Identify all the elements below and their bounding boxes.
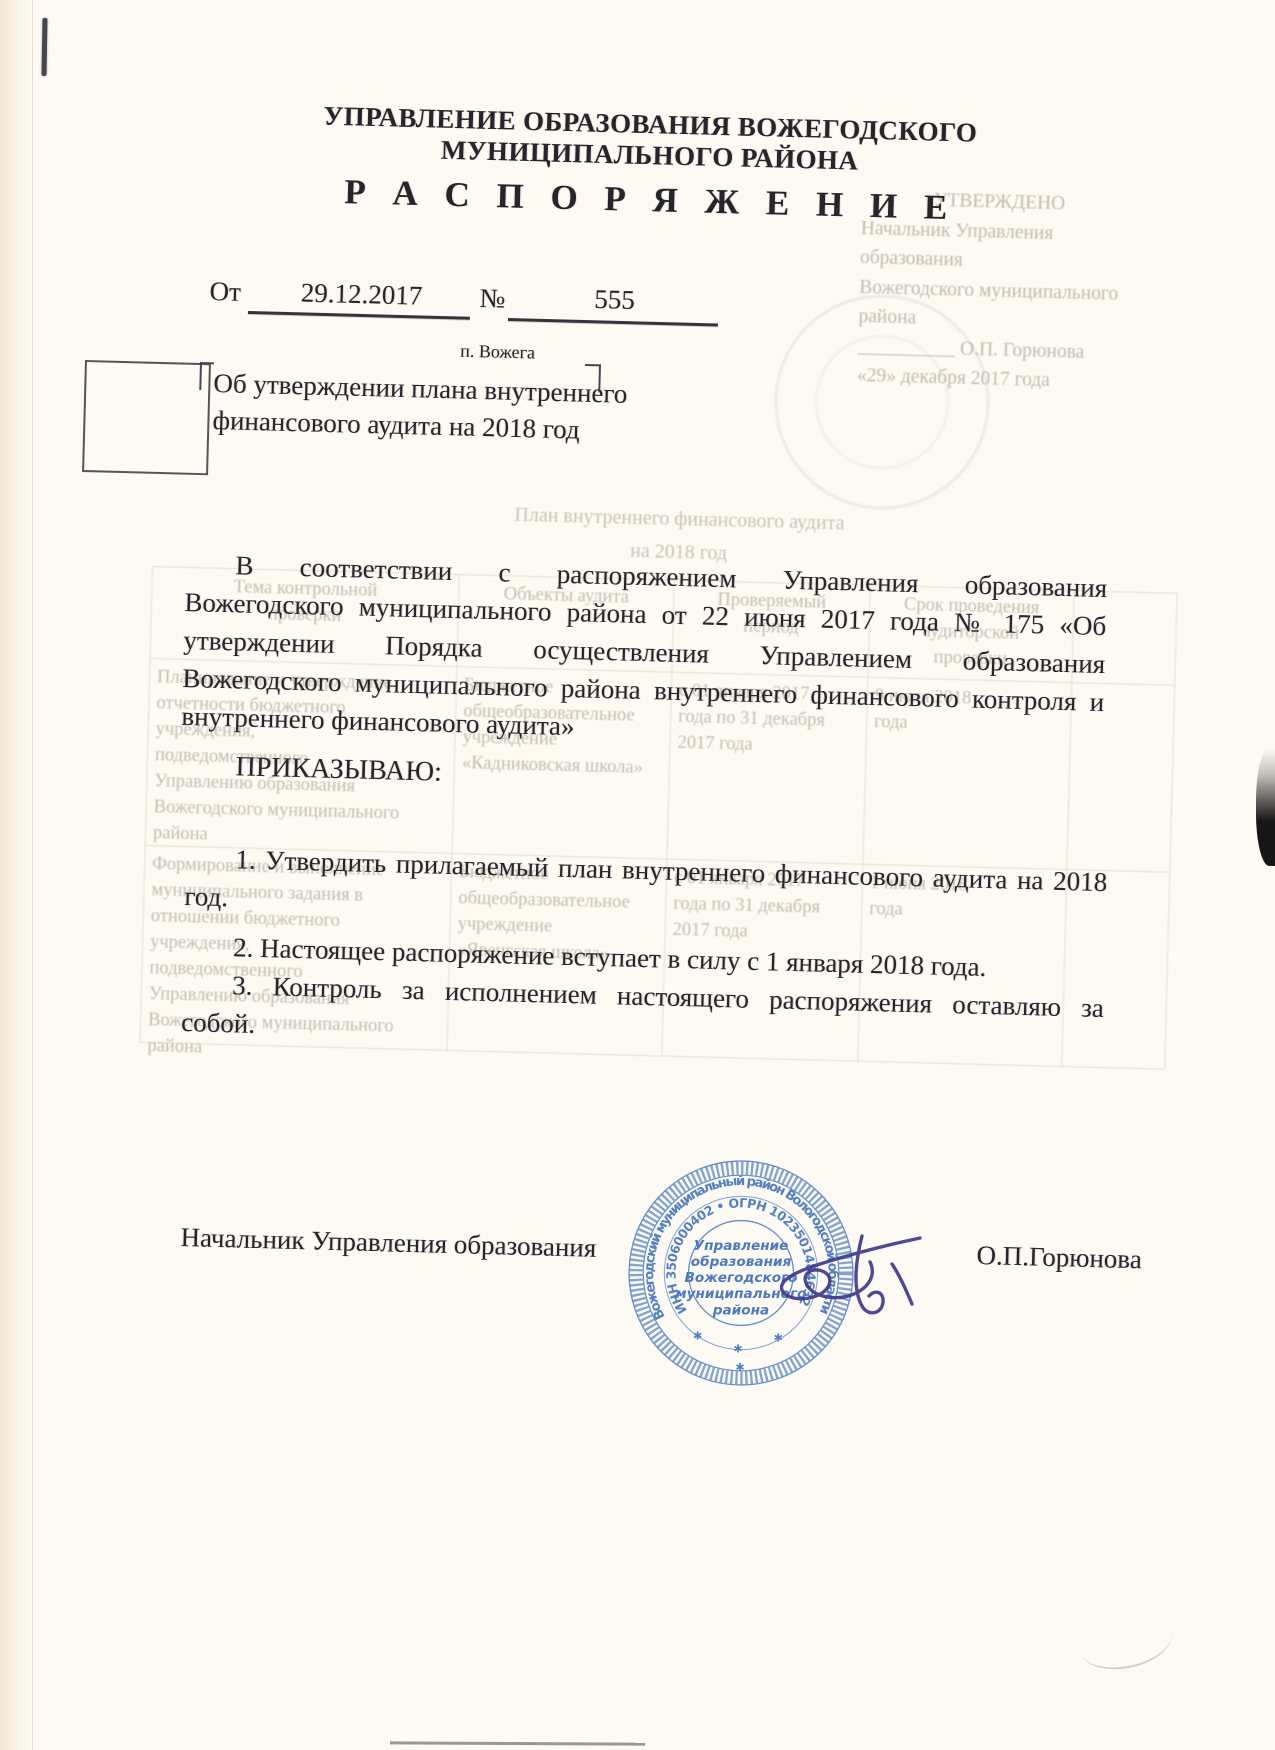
scan-left-edge-band bbox=[0, 0, 33, 1750]
number-value: 555 bbox=[559, 283, 670, 317]
number-underline bbox=[508, 318, 718, 326]
stamp-star-icon: ✱ bbox=[774, 1332, 783, 1345]
handwritten-signature bbox=[742, 1210, 927, 1325]
stamp-placeholder-box bbox=[82, 360, 211, 475]
place-label: п. Вожега bbox=[437, 340, 558, 364]
stamp-star-icon: ✱ bbox=[733, 1343, 742, 1356]
scanned-document-page: УТВЕРЖДЕНО Начальник Управления образова… bbox=[0, 0, 1275, 1750]
number-label: № bbox=[479, 283, 506, 315]
ghost-stamp-inner-circle bbox=[815, 335, 949, 469]
date-underline bbox=[248, 311, 470, 320]
signature-name: О.П.Горюнова bbox=[976, 1240, 1142, 1275]
order-items: 1. Утвердить прилагаемый план внутреннег… bbox=[181, 839, 1108, 1065]
date-value: 29.12.2017 bbox=[281, 277, 442, 312]
body-paragraph: В соответствии с распоряжением Управлени… bbox=[181, 545, 1108, 759]
scan-bottom-edge-line bbox=[390, 1741, 645, 1745]
signature-stroke bbox=[781, 1236, 920, 1313]
stamp-star-icon: ✱ bbox=[693, 1330, 702, 1343]
ghost-stamp-circle bbox=[775, 295, 989, 509]
stamp-star-icon: ✱ bbox=[735, 1361, 744, 1374]
date-label: От bbox=[209, 276, 241, 308]
signature-position: Начальник Управления образования bbox=[180, 1222, 596, 1264]
staple-mark bbox=[41, 18, 47, 76]
subject-block: Об утверждении плана внутреннего финансо… bbox=[212, 365, 628, 450]
subject-open-bracket bbox=[199, 362, 214, 390]
scan-right-edge-blob bbox=[1256, 748, 1275, 866]
org-title: УПРАВЛЕНИЕ ОБРАЗОВАНИЯ ВОЖЕГОДСКОГО МУНИ… bbox=[184, 97, 1115, 183]
pencil-squiggle-mark bbox=[1076, 1609, 1176, 1677]
